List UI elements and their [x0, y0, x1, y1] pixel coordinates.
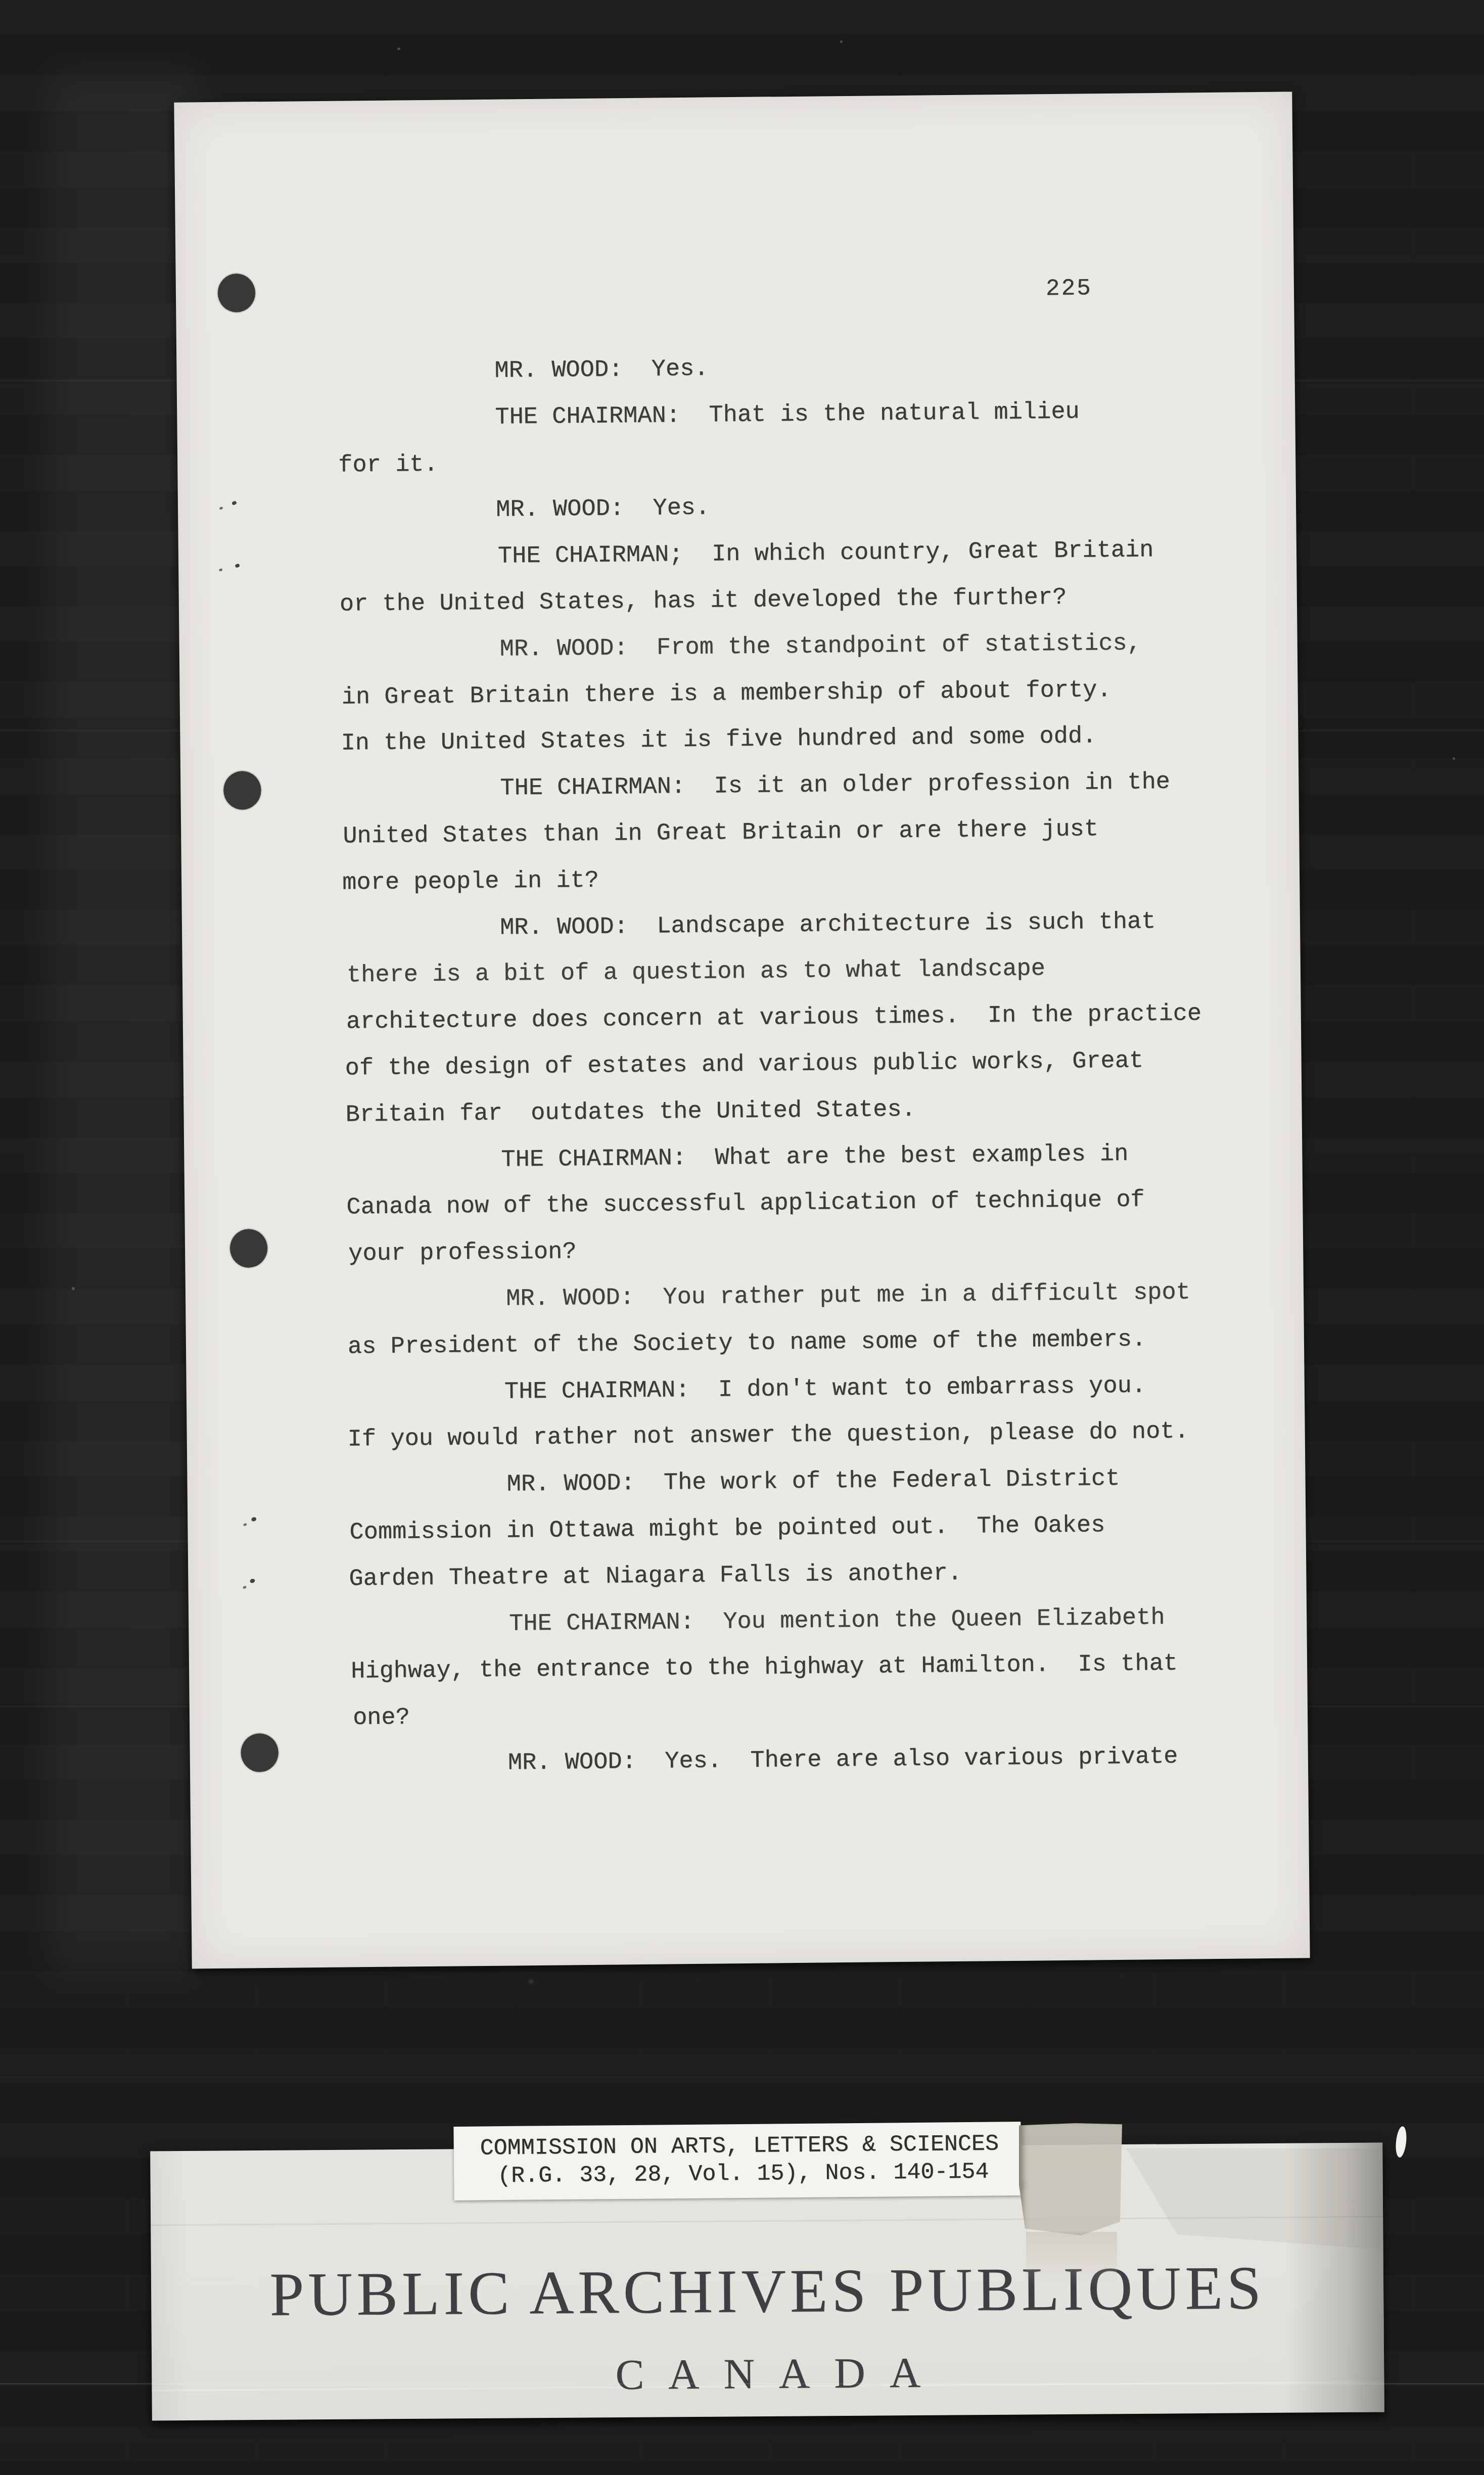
scan-line: [0, 2383, 1484, 2385]
reference-slip: COMMISSION ON ARTS, LETTERS & SCIENCES (…: [453, 2122, 1021, 2201]
page-number: 225: [1046, 277, 1092, 300]
punch-hole: [218, 273, 256, 312]
dust-speck: [72, 1287, 75, 1290]
transcript-text: MR. WOOD: Yes.THE CHAIRMAN: That is the …: [176, 340, 1308, 1790]
microfilm-scan: 225 MR. WOOD: Yes.THE CHAIRMAN: That is …: [0, 0, 1484, 2475]
card-title: PUBLIC ARCHIVES PUBLIQUES: [151, 2256, 1384, 2326]
tape-fade: [1026, 2232, 1117, 2287]
dust-speck: [1453, 757, 1455, 760]
slip-text-line: COMMISSION ON ARTS, LETTERS & SCIENCES: [480, 2130, 1021, 2162]
slip-text-line: (R.G. 33, 28, Vol. 15), Nos. 140-154: [497, 2158, 1021, 2190]
document-page: 225 MR. WOOD: Yes.THE CHAIRMAN: That is …: [174, 91, 1310, 1968]
card-subtitle: CANADA: [152, 2348, 1384, 2400]
scan-streak: [0, 2077, 1484, 2078]
dust-speck: [840, 40, 843, 43]
tape-mark: [1019, 2123, 1122, 2235]
dust-speck: [397, 48, 400, 50]
dust-speck: [529, 1980, 533, 1983]
